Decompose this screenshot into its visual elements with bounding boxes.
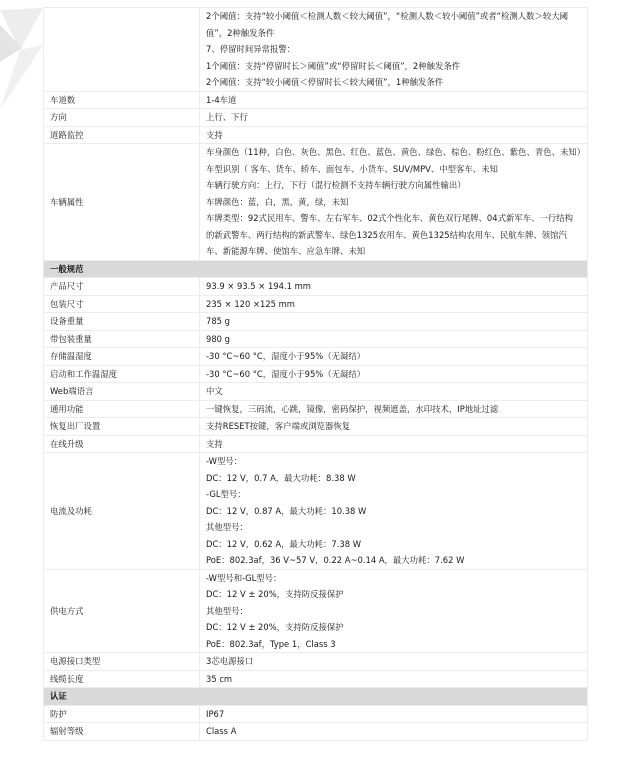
spec-value-line: DC：12 V ± 20%，支持防反接保护 [206, 586, 581, 603]
spec-row: 车道数1-4车道 [44, 91, 588, 109]
spec-value: 中文 [200, 383, 588, 401]
spec-value: 支持 [200, 126, 588, 144]
spec-value-line: 35 cm [206, 671, 581, 688]
spec-value-line: DC：12 V，0.7 A，最大功耗：8.38 W [206, 470, 581, 487]
spec-row: 道路监控支持 [44, 126, 588, 144]
spec-value-line: PoE：802.3af，Type 1，Class 3 [206, 636, 581, 653]
spec-key: 道路监控 [44, 126, 200, 144]
spec-value: 785 g [200, 313, 588, 331]
spec-value-line: 上行、下行 [206, 109, 581, 126]
spec-key: 存储温湿度 [44, 348, 200, 366]
spec-value-line: 其他型号： [206, 519, 581, 536]
spec-value: 上行、下行 [200, 109, 588, 127]
spec-value-line: -W型号： [206, 453, 581, 470]
spec-value-line: 其他型号： [206, 603, 581, 620]
spec-key: 方向 [44, 109, 200, 127]
spec-value: 35 cm [200, 670, 588, 688]
spec-value: -30 °C~60 °C，湿度小于95%（无凝结） [200, 365, 588, 383]
spec-row: 恢复出厂设置支持RESET按键，客户端或浏览器恢复 [44, 418, 588, 436]
spec-value-line: IP67 [206, 706, 581, 723]
spec-value-line: -W型号和-GL型号： [206, 570, 581, 587]
spec-row: 产品尺寸93.9 × 93.5 × 194.1 mm [44, 278, 588, 296]
spec-value-line: 支持RESET按键，客户端或浏览器恢复 [206, 418, 581, 435]
spec-key: 设备重量 [44, 313, 200, 331]
spec-value-line: Class A [206, 723, 581, 740]
spec-row: 辐射等级Class A [44, 723, 588, 741]
spec-value-line: 支持 [206, 436, 581, 453]
spec-value-line: -GL型号： [206, 486, 581, 503]
spec-value-line: 2个阈值：支持“较小阈值＜检测人数＜较大阈值”，“检测人数＜较小阈值”或者“检测… [206, 8, 581, 41]
spec-value-line: DC：12 V，0.62 A，最大功耗：7.38 W [206, 536, 581, 553]
spec-value-line: 车辆行驶方向：上行，下行（混行检测不支持车辆行驶方向属性输出） [206, 177, 581, 194]
spec-value-line: 车身颜色（11种，白色、灰色、黑色、红色、蓝色、黄色、绿色、棕色、粉红色、紫色、… [206, 144, 581, 161]
spec-value: 3芯电源接口 [200, 653, 588, 671]
section-header: 认证 [44, 688, 588, 706]
spec-key: 产品尺寸 [44, 278, 200, 296]
spec-row: 带包装重量980 g [44, 330, 588, 348]
spec-value-line: 车牌类型：92式民用车、警车、左右军车、02式个性化车、黄色双行尾牌、04式新军… [206, 210, 581, 260]
spec-value-line: -30 °C~60 °C，湿度小于95%（无凝结） [206, 348, 581, 365]
spec-row: 线缆长度35 cm [44, 670, 588, 688]
spec-value-line: 7、停留时间异常报警： [206, 41, 581, 58]
spec-value: 支持RESET按键，客户端或浏览器恢复 [200, 418, 588, 436]
spec-value-line: 980 g [206, 331, 581, 348]
spec-value-line: DC：12 V ± 20%，支持防反接保护 [206, 619, 581, 636]
spec-key: 电源接口类型 [44, 653, 200, 671]
spec-row: 供电方式-W型号和-GL型号：DC：12 V ± 20%，支持防反接保护其他型号… [44, 569, 588, 653]
spec-value-line: 支持 [206, 127, 581, 144]
spec-value-line: 1-4车道 [206, 92, 581, 109]
spec-key: 防护 [44, 705, 200, 723]
spec-value: IP67 [200, 705, 588, 723]
section-header: 一般规范 [44, 260, 588, 278]
spec-value-line: 车型识别（ 客车、货车、轿车、面包车、小货车、SUV/MPV、中型客车、未知 [206, 161, 581, 178]
spec-key: 带包装重量 [44, 330, 200, 348]
spec-row: 2个阈值：支持“较小阈值＜检测人数＜较大阈值”，“检测人数＜较小阈值”或者“检测… [44, 8, 588, 92]
spec-table: 2个阈值：支持“较小阈值＜检测人数＜较大阈值”，“检测人数＜较小阈值”或者“检测… [43, 7, 588, 741]
spec-value-line: 一键恢复，三码流，心跳，镜像，密码保护，视频遮盖，水印技术，IP地址过滤 [206, 401, 581, 418]
spec-key: 车道数 [44, 91, 200, 109]
spec-value-line: 车牌颜色：蓝，白，黑，黄，绿，未知 [206, 194, 581, 211]
spec-value: 1-4车道 [200, 91, 588, 109]
spec-value: 980 g [200, 330, 588, 348]
spec-value-line: 2个阈值：支持“较小阈值＜停留时长＜较大阈值”，1种触发条件 [206, 74, 581, 91]
spec-row: 包装尺寸235 × 120 ×125 mm [44, 295, 588, 313]
spec-row: 通用功能一键恢复，三码流，心跳，镜像，密码保护，视频遮盖，水印技术，IP地址过滤 [44, 400, 588, 418]
spec-value-line: 3芯电源接口 [206, 653, 581, 670]
spec-row: 防护IP67 [44, 705, 588, 723]
spec-key: 线缆长度 [44, 670, 200, 688]
spec-value-line: 中文 [206, 383, 581, 400]
spec-value-line: DC：12 V，0.87 A，最大功耗：10.38 W [206, 503, 581, 520]
spec-row: 方向上行、下行 [44, 109, 588, 127]
spec-key: Web端语言 [44, 383, 200, 401]
spec-row: 电流及功耗-W型号：DC：12 V，0.7 A，最大功耗：8.38 W-GL型号… [44, 453, 588, 570]
spec-row: 车辆属性车身颜色（11种，白色、灰色、黑色、红色、蓝色、黄色、绿色、棕色、粉红色… [44, 144, 588, 261]
spec-value: Class A [200, 723, 588, 741]
spec-value: 支持 [200, 435, 588, 453]
spec-row: 电源接口类型3芯电源接口 [44, 653, 588, 671]
spec-row: 存储温湿度-30 °C~60 °C，湿度小于95%（无凝结） [44, 348, 588, 366]
spec-value: -W型号：DC：12 V，0.7 A，最大功耗：8.38 W-GL型号：DC：1… [200, 453, 588, 570]
spec-key: 供电方式 [44, 569, 200, 653]
spec-value: 一键恢复，三码流，心跳，镜像，密码保护，视频遮盖，水印技术，IP地址过滤 [200, 400, 588, 418]
spec-key: 电流及功耗 [44, 453, 200, 570]
section-title: 认证 [44, 688, 588, 706]
spec-value: -30 °C~60 °C，湿度小于95%（无凝结） [200, 348, 588, 366]
spec-key: 在线升级 [44, 435, 200, 453]
spec-value: 93.9 × 93.5 × 194.1 mm [200, 278, 588, 296]
spec-value-line: 235 × 120 ×125 mm [206, 296, 581, 313]
spec-value: 车身颜色（11种，白色、灰色、黑色、红色、蓝色、黄色、绿色、棕色、粉红色、紫色、… [200, 144, 588, 261]
spec-row: Web端语言中文 [44, 383, 588, 401]
spec-row: 设备重量785 g [44, 313, 588, 331]
spec-value-line: 93.9 × 93.5 × 194.1 mm [206, 278, 581, 295]
spec-value: -W型号和-GL型号：DC：12 V ± 20%，支持防反接保护其他型号：DC：… [200, 569, 588, 653]
spec-row: 在线升级支持 [44, 435, 588, 453]
spec-key: 辐射等级 [44, 723, 200, 741]
spec-key [44, 8, 200, 92]
spec-key: 车辆属性 [44, 144, 200, 261]
spec-key: 恢复出厂设置 [44, 418, 200, 436]
section-title: 一般规范 [44, 260, 588, 278]
spec-key: 包装尺寸 [44, 295, 200, 313]
spec-value: 2个阈值：支持“较小阈值＜检测人数＜较大阈值”，“检测人数＜较小阈值”或者“检测… [200, 8, 588, 92]
spec-row: 启动和工作温湿度-30 °C~60 °C，湿度小于95%（无凝结） [44, 365, 588, 383]
spec-value-line: 785 g [206, 313, 581, 330]
spec-key: 通用功能 [44, 400, 200, 418]
spec-value-line: PoE：802.3af，36 V~57 V，0.22 A~0.14 A，最大功耗… [206, 552, 581, 569]
spec-value-line: 1个阈值：支持“停留时长＞阈值”或“停留时长＜阈值”，2种触发条件 [206, 58, 581, 75]
spec-value-line: -30 °C~60 °C，湿度小于95%（无凝结） [206, 366, 581, 383]
spec-value: 235 × 120 ×125 mm [200, 295, 588, 313]
spec-key: 启动和工作温湿度 [44, 365, 200, 383]
